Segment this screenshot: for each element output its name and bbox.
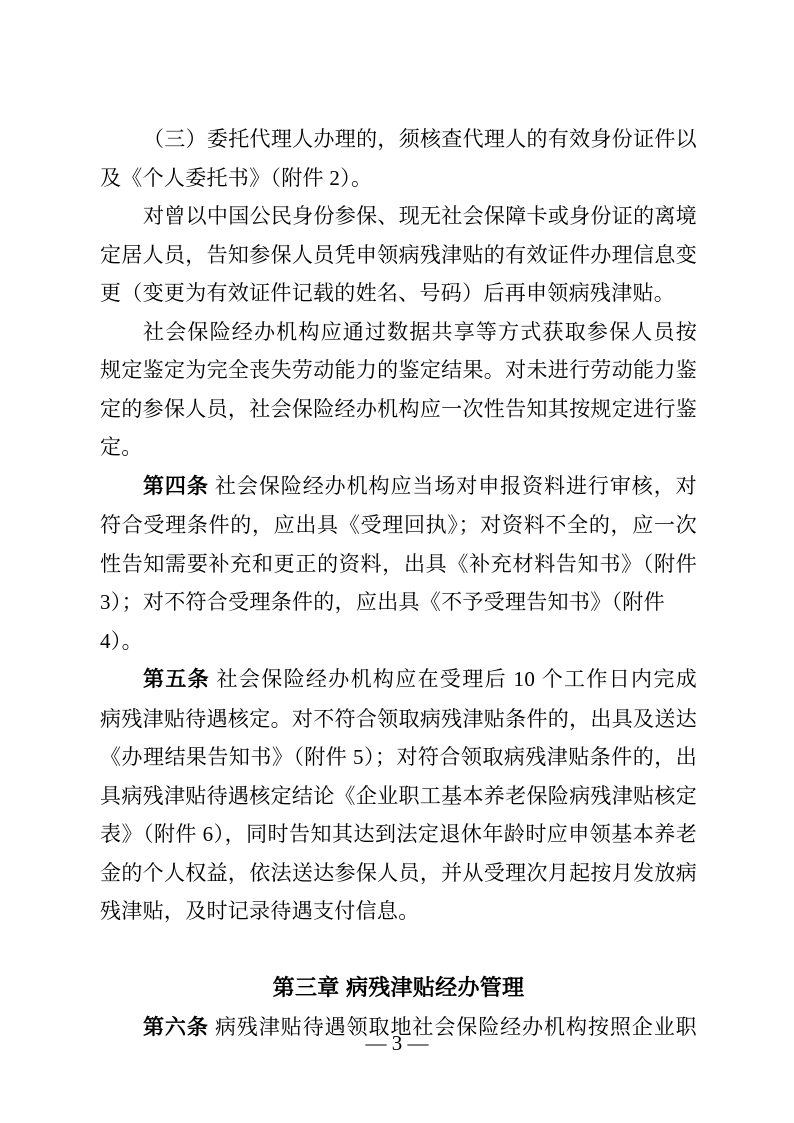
text-run: 及《个人委托书》（附件 2）。: [100, 166, 372, 190]
heading-text: 第三章 病残津贴经办管理: [273, 975, 525, 1000]
text-run: 表》（附件 6），同时告知其达到法定退休年龄时应申领基本养老: [100, 822, 697, 846]
text-line: 残津贴，及时记录待遇支付信息。: [100, 892, 697, 931]
text-line: 具病残津贴待遇核定结论《企业职工基本养老保险病残津贴核定: [100, 777, 697, 816]
text-line: （三）委托代理人办理的，须核查代理人的有效身份证件以: [100, 120, 697, 159]
text-run: 《办理结果告知书》（附件 5）；对符合领取病残津贴条件的，出: [100, 745, 697, 769]
text-run: 定。: [100, 435, 143, 459]
text-line: 定的参保人员，社会保险经办机构应一次性告知其按规定进行鉴: [100, 390, 697, 429]
text-line: 金的个人权益，依法送达参保人员，并从受理次月起按月发放病: [100, 854, 697, 893]
page-footer: — 3 —: [0, 1030, 794, 1056]
text-line: 第四条 社会保险经办机构应当场对申报资料进行审核，对: [100, 467, 697, 507]
article-label: 第四条: [143, 475, 209, 498]
text-run: 规定鉴定为完全丧失劳动能力的鉴定结果。对未进行劳动能力鉴: [100, 358, 697, 382]
document-page: （三）委托代理人办理的，须核查代理人的有效身份证件以及《个人委托书》（附件 2）…: [0, 0, 794, 1123]
text-run: 社会保险经办机构应通过数据共享等方式获取参保人员按: [143, 320, 697, 344]
text-run: 定居人员，告知参保人员凭申领病残津贴的有效证件办理信息变: [100, 243, 697, 267]
text-line: 及《个人委托书》（附件 2）。: [100, 159, 697, 198]
text-run: 社会保险经办机构应当场对申报资料进行审核，对: [209, 474, 697, 498]
text-line: 对曾以中国公民身份参保、现无社会保障卡或身份证的离境: [100, 197, 697, 236]
text-line: 表》（附件 6），同时告知其达到法定退休年龄时应申领基本养老: [100, 815, 697, 854]
text-run: 对曾以中国公民身份参保、现无社会保障卡或身份证的离境: [143, 204, 697, 228]
page-number: — 3 —: [366, 1031, 429, 1055]
article-label: 第五条: [143, 668, 210, 691]
text-run: 定的参保人员，社会保险经办机构应一次性告知其按规定进行鉴: [100, 397, 697, 421]
text-run: 社会保险经办机构应在受理后 10 个工作日内完成: [210, 667, 697, 691]
text-run: 3）；对不符合受理条件的，应出具《不予受理告知书》（附件 4）。: [100, 590, 665, 653]
document-body: （三）委托代理人办理的，须核查代理人的有效身份证件以及《个人委托书》（附件 2）…: [100, 120, 697, 1047]
text-line: 病残津贴待遇核定。对不符合领取病残津贴条件的，出具及送达: [100, 700, 697, 739]
text-run: 性告知需要补充和更正的资料，出具《补充材料告知书》（附件: [100, 552, 697, 576]
text-run: 残津贴，及时记录待遇支付信息。: [100, 899, 420, 923]
text-run: 具病残津贴待遇核定结论《企业职工基本养老保险病残津贴核定: [100, 784, 697, 808]
text-line: 符合受理条件的，应出具《受理回执》；对资料不全的，应一次: [100, 506, 697, 545]
text-line: 《办理结果告知书》（附件 5）；对符合领取病残津贴条件的，出: [100, 738, 697, 777]
text-line: 3）；对不符合受理条件的，应出具《不予受理告知书》（附件 4）。: [100, 583, 697, 660]
text-line: 更（变更为有效证件记载的姓名、号码）后再申领病残津贴。: [100, 274, 697, 313]
text-run: 更（变更为有效证件记载的姓名、号码）后再申领病残津贴。: [100, 281, 675, 305]
text-line: 规定鉴定为完全丧失劳动能力的鉴定结果。对未进行劳动能力鉴: [100, 351, 697, 390]
text-run: （三）委托代理人办理的，须核查代理人的有效身份证件以: [143, 127, 697, 151]
text-line: 性告知需要补充和更正的资料，出具《补充材料告知书》（附件: [100, 545, 697, 584]
text-run: 病残津贴待遇核定。对不符合领取病残津贴条件的，出具及送达: [100, 707, 697, 731]
text-run: 金的个人权益，依法送达参保人员，并从受理次月起按月发放病: [100, 861, 697, 885]
text-line: 社会保险经办机构应通过数据共享等方式获取参保人员按: [100, 313, 697, 352]
text-line: 定居人员，告知参保人员凭申领病残津贴的有效证件办理信息变: [100, 236, 697, 275]
text-line: 定。: [100, 428, 697, 467]
chapter-heading: 第三章 病残津贴经办管理: [100, 969, 697, 1008]
text-run: 符合受理条件的，应出具《受理回执》；对资料不全的，应一次: [100, 513, 697, 537]
text-line: 第五条 社会保险经办机构应在受理后 10 个工作日内完成: [100, 660, 697, 700]
